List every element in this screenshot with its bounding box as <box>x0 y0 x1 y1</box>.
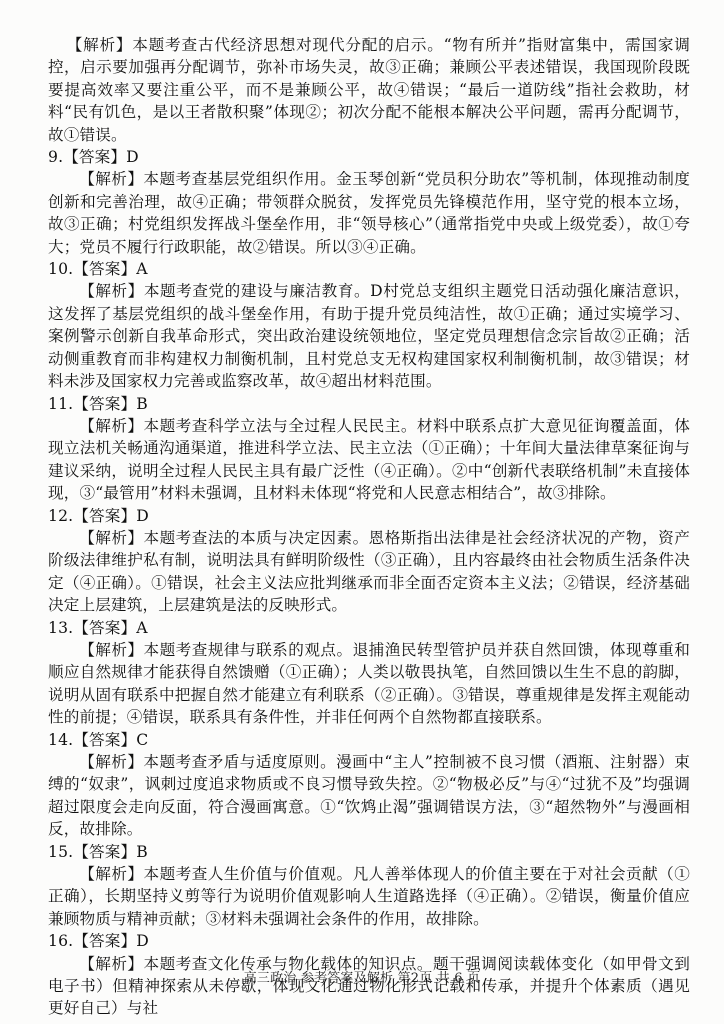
answer-value: D <box>136 932 149 950</box>
analysis-paragraph-13: 【解析】本题考查规律与联系的观点。退捕渔民转型管护员并获自然回馈，体现尊重和顺应… <box>48 639 690 729</box>
question-number: 9. <box>48 148 63 166</box>
question-number: 10. <box>48 260 73 278</box>
answer-value: C <box>136 731 148 749</box>
answer-value: B <box>136 843 148 861</box>
analysis-paragraph-12: 【解析】本题考查法的本质与决定因素。恩格斯指出法律是社会经济状况的产物，资产阶级… <box>48 527 690 617</box>
answer-line-16: 16.【答案】D <box>48 930 690 952</box>
answer-line-10: 10.【答案】A <box>48 258 690 280</box>
answer-value: D <box>136 507 149 525</box>
answer-key-content: 【解析】本题考查古代经济思想对现代分配的启示。“物有所并”指财富集中，需国家调控… <box>48 34 690 1020</box>
analysis-paragraph-9: 【解析】本题考查基层党组织作用。金玉琴创新“党员积分助农”等机制，体现推动制度创… <box>48 168 690 258</box>
answer-line-12: 12.【答案】D <box>48 505 690 527</box>
answer-line-14: 14.【答案】C <box>48 729 690 751</box>
question-number: 14. <box>48 731 73 749</box>
answer-label: 【答案】 <box>63 148 126 166</box>
page-footer: 高三政治 参考答案及解析 第2页 共 6 页 <box>0 967 724 986</box>
question-number: 15. <box>48 843 73 861</box>
intro-analysis-paragraph: 【解析】本题考查古代经济思想对现代分配的启示。“物有所并”指财富集中，需国家调控… <box>48 34 690 146</box>
analysis-paragraph-10: 【解析】本题考查党的建设与廉洁教育。D村党总支组织主题党日活动强化廉洁意识，这发… <box>48 280 690 392</box>
analysis-paragraph-15: 【解析】本题考查人生价值与价值观。凡人善举体现人的价值主要在于对社会贡献（①正确… <box>48 863 690 930</box>
answer-line-13: 13.【答案】A <box>48 617 690 639</box>
analysis-paragraph-16: 【解析】本题考查文化传承与物化载体的知识点。题干强调阅读载体变化（如甲骨文到电子… <box>48 953 690 1020</box>
answer-line-9: 9.【答案】D <box>48 146 690 168</box>
answer-label: 【答案】 <box>73 843 136 861</box>
answer-label: 【答案】 <box>73 395 136 413</box>
question-number: 11. <box>48 395 73 413</box>
question-number: 16. <box>48 932 73 950</box>
question-number: 12. <box>48 507 73 525</box>
answer-label: 【答案】 <box>73 932 136 950</box>
analysis-paragraph-11: 【解析】本题考查科学立法与全过程人民民主。材料中联系点扩大意见征询覆盖面，体现立… <box>48 415 690 505</box>
answer-line-11: 11.【答案】B <box>48 393 690 415</box>
answer-value: B <box>136 395 148 413</box>
answer-label: 【答案】 <box>73 619 136 637</box>
answer-label: 【答案】 <box>73 507 136 525</box>
question-number: 13. <box>48 619 73 637</box>
answer-value: D <box>126 148 139 166</box>
answer-value: A <box>136 260 147 278</box>
answer-value: A <box>136 619 147 637</box>
answer-label: 【答案】 <box>73 260 136 278</box>
analysis-paragraph-14: 【解析】本题考查矛盾与适度原则。漫画中“主人”控制被不良习惯（酒瓶、注射器）束缚… <box>48 751 690 841</box>
document-page: 【解析】本题考查古代经济思想对现代分配的启示。“物有所并”指财富集中，需国家调控… <box>0 0 724 1024</box>
answer-line-15: 15.【答案】B <box>48 841 690 863</box>
answer-label: 【答案】 <box>73 731 136 749</box>
